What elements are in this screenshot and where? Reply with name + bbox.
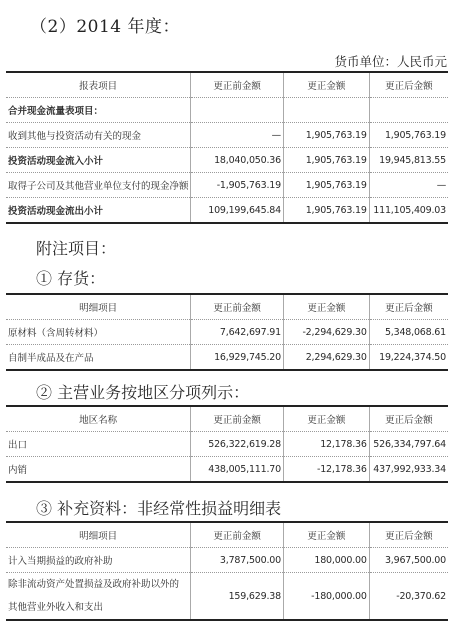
row-correction: 2,294,629.30 — [283, 345, 369, 371]
row-item: 取得子公司及其他营业单位支付的现金净额 — [6, 173, 191, 198]
col-header-region: 地区名称 — [6, 406, 191, 432]
row-before: 159,629.38 — [191, 573, 284, 621]
row-correction: 1,905,763.19 — [283, 148, 369, 173]
row-after: 5,348,068.61 — [369, 320, 448, 345]
inventory-table: 明细项目 更正前金额 更正金额 更正后金额 原材料（含周转材料） 7,642,6… — [6, 293, 448, 371]
row-item: 出口 — [6, 432, 191, 457]
table-row: 合并现金流量表项目： — [6, 98, 448, 123]
col-header-after: 更正后金额 — [369, 294, 448, 320]
col-header-after: 更正后金额 — [369, 522, 448, 548]
row-correction: 12,178.36 — [283, 432, 369, 457]
row-before: 438,005,111.70 — [191, 457, 284, 483]
row-after: 19,945,813.55 — [369, 148, 448, 173]
col-header-item: 明细项目 — [6, 522, 191, 548]
row-after: 3,967,500.00 — [369, 548, 448, 573]
table-header-row: 报表项目 更正前金额 更正金额 更正后金额 — [6, 72, 448, 98]
nonrecurring-title: ③ 补充资料：非经常性损益明细表 — [36, 496, 281, 519]
row-before: — — [191, 123, 284, 148]
table-row: 收到其他与投资活动有关的现金 — 1,905,763.19 1,905,763.… — [6, 123, 448, 148]
table-header-row: 明细项目 更正前金额 更正金额 更正后金额 — [6, 294, 448, 320]
row-correction: -180,000.00 — [283, 573, 369, 621]
row-after: -20,370.62 — [369, 573, 448, 621]
row-item: 收到其他与投资活动有关的现金 — [6, 123, 191, 148]
row-correction — [283, 98, 369, 123]
row-before: -1,905,763.19 — [191, 173, 284, 198]
col-header-item: 报表项目 — [6, 72, 191, 98]
currency-unit: 货币单位：人民币元 — [334, 52, 447, 70]
row-item: 自制半成品及在产品 — [6, 345, 191, 371]
row-item: 原材料（含周转材料） — [6, 320, 191, 345]
col-header-correction: 更正金额 — [283, 406, 369, 432]
row-before: 16,929,745.20 — [191, 345, 284, 371]
col-header-before: 更正前金额 — [191, 72, 284, 98]
row-item: 投资活动现金流出小计 — [6, 198, 191, 224]
table-row: 投资活动现金流入小计 18,040,050.36 1,905,763.19 19… — [6, 148, 448, 173]
table-row: 自制半成品及在产品 16,929,745.20 2,294,629.30 19,… — [6, 345, 448, 371]
row-item: 计入当期损益的政府补助 — [6, 548, 191, 573]
row-correction: 1,905,763.19 — [283, 123, 369, 148]
table-row: 内销 438,005,111.70 -12,178.36 437,992,933… — [6, 457, 448, 483]
row-correction: 1,905,763.19 — [283, 173, 369, 198]
row-before — [191, 98, 284, 123]
table-header-row: 明细项目 更正前金额 更正金额 更正后金额 — [6, 522, 448, 548]
row-before: 7,642,697.91 — [191, 320, 284, 345]
inventory-title: ① 存货： — [36, 266, 105, 289]
row-correction: -12,178.36 — [283, 457, 369, 483]
table-row: 出口 526,322,619.28 12,178.36 526,334,797.… — [6, 432, 448, 457]
row-item: 内销 — [6, 457, 191, 483]
row-after: 437,992,933.34 — [369, 457, 448, 483]
row-correction: 180,000.00 — [283, 548, 369, 573]
col-header-before: 更正前金额 — [191, 406, 284, 432]
year-heading: （2）2014 年度： — [30, 12, 180, 37]
cash-flow-correction-table: 报表项目 更正前金额 更正金额 更正后金额 合并现金流量表项目： 收到其他与投资… — [6, 71, 448, 224]
row-after: 19,224,374.50 — [369, 345, 448, 371]
row-after: 1,905,763.19 — [369, 123, 448, 148]
col-header-before: 更正前金额 — [191, 522, 284, 548]
row-item: 投资活动现金流入小计 — [6, 148, 191, 173]
row-before: 109,199,645.84 — [191, 198, 284, 224]
table-header-row: 地区名称 更正前金额 更正金额 更正后金额 — [6, 406, 448, 432]
table-row: 投资活动现金流出小计 109,199,645.84 1,905,763.19 1… — [6, 198, 448, 224]
row-after — [369, 98, 448, 123]
col-header-after: 更正后金额 — [369, 72, 448, 98]
col-header-correction: 更正金额 — [283, 294, 369, 320]
col-header-correction: 更正金额 — [283, 522, 369, 548]
row-before: 18,040,050.36 — [191, 148, 284, 173]
nonrecurring-table: 明细项目 更正前金额 更正金额 更正后金额 计入当期损益的政府补助 3,787,… — [6, 521, 448, 621]
notes-title: 附注项目： — [36, 236, 116, 259]
row-correction: -2,294,629.30 — [283, 320, 369, 345]
table-row: 计入当期损益的政府补助 3,787,500.00 180,000.00 3,96… — [6, 548, 448, 573]
table-row: 取得子公司及其他营业单位支付的现金净额 -1,905,763.19 1,905,… — [6, 173, 448, 198]
table-row: 除非流动资产处置损益及政府补助以外的其他营业外收入和支出 159,629.38 … — [6, 573, 448, 621]
row-after: 526,334,797.64 — [369, 432, 448, 457]
region-title: ② 主营业务按地区分项列示： — [36, 380, 249, 403]
table-row: 原材料（含周转材料） 7,642,697.91 -2,294,629.30 5,… — [6, 320, 448, 345]
row-after: 111,105,409.03 — [369, 198, 448, 224]
row-item: 除非流动资产处置损益及政府补助以外的其他营业外收入和支出 — [6, 573, 191, 621]
col-header-before: 更正前金额 — [191, 294, 284, 320]
row-after: — — [369, 173, 448, 198]
region-sales-table: 地区名称 更正前金额 更正金额 更正后金额 出口 526,322,619.28 … — [6, 405, 448, 483]
row-before: 3,787,500.00 — [191, 548, 284, 573]
col-header-item: 明细项目 — [6, 294, 191, 320]
row-before: 526,322,619.28 — [191, 432, 284, 457]
col-header-after: 更正后金额 — [369, 406, 448, 432]
col-header-correction: 更正金额 — [283, 72, 369, 98]
row-correction: 1,905,763.19 — [283, 198, 369, 224]
row-item: 合并现金流量表项目： — [6, 98, 191, 123]
